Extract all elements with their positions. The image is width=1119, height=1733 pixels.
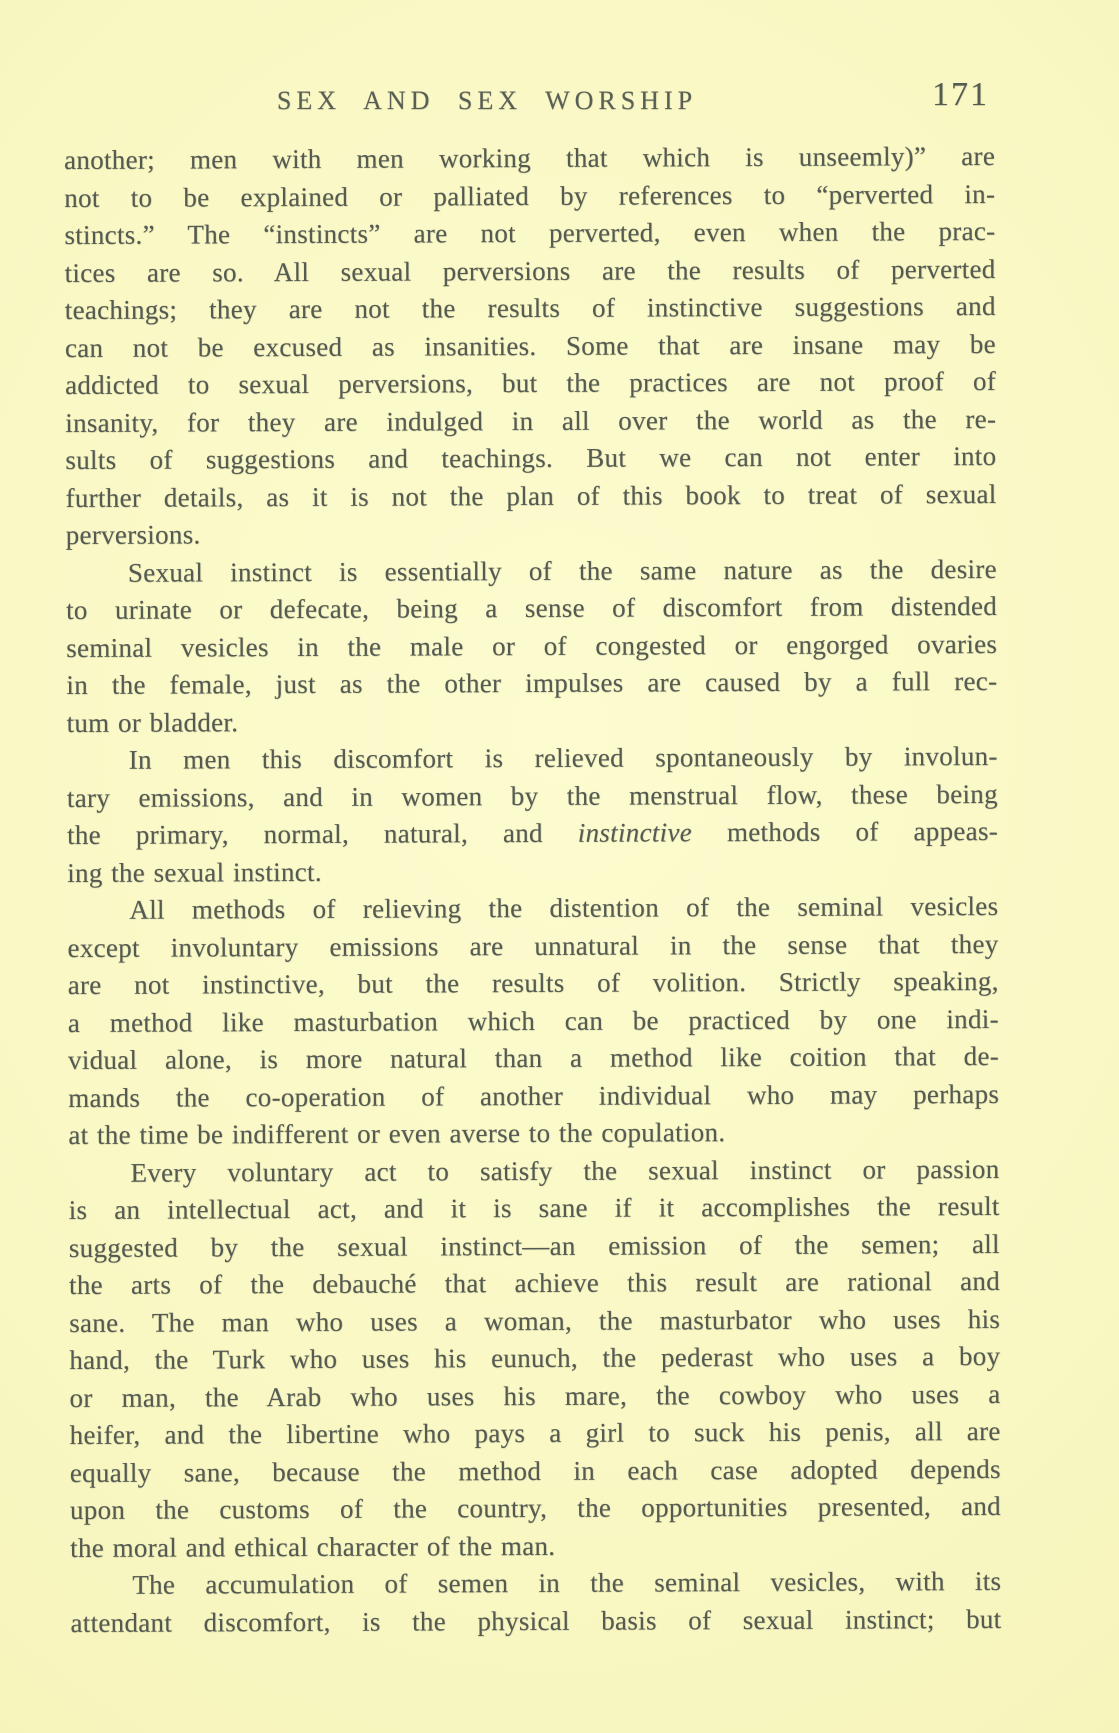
text-column: another; men with men working that which… bbox=[64, 138, 1002, 1642]
text-line: sane. The man who uses a woman, the mast… bbox=[69, 1300, 1000, 1342]
running-header: SEX AND SEX WORSHIP 171 bbox=[64, 82, 995, 126]
text-line: Sexual instinct is essentially of the sa… bbox=[66, 550, 997, 592]
paragraph: another; men with men working that which… bbox=[64, 138, 997, 555]
text-line: All methods of relieving the distention … bbox=[67, 888, 998, 930]
text-line: not to be explained or palliated by refe… bbox=[64, 175, 995, 217]
text-line: heifer, and the libertine who pays a gir… bbox=[70, 1413, 1001, 1455]
text-line: the primary, normal, natural, and instin… bbox=[67, 813, 998, 855]
text-line: tices are so. All sexual perversions are… bbox=[64, 250, 995, 292]
text-line: stincts.” The “instincts” are not perver… bbox=[64, 213, 995, 255]
paragraph: Sexual instinct is essentially of the sa… bbox=[66, 550, 998, 742]
text-line: except involuntary emissions are unnatur… bbox=[67, 925, 998, 967]
text-line: addicted to sexual perversions, but the … bbox=[65, 363, 996, 405]
text-line: sults of suggestions and teachings. But … bbox=[65, 438, 996, 480]
text-line: mands the co-operation of another indivi… bbox=[68, 1075, 999, 1117]
text-line: another; men with men working that which… bbox=[64, 138, 995, 180]
text-line: In men this discomfort is relieved spont… bbox=[67, 738, 998, 780]
text-line: the arts of the debauché that achieve th… bbox=[69, 1263, 1000, 1305]
italic-word: instinctive bbox=[578, 817, 692, 847]
scanned-book-page: { "colors": { "paper": "#f8f6bf", "ink":… bbox=[0, 0, 1119, 1733]
text-line: at the time be indifferent or even avers… bbox=[68, 1113, 999, 1155]
text-line: ing the sexual instinct. bbox=[67, 850, 998, 892]
running-header-title: SEX AND SEX WORSHIP bbox=[64, 86, 910, 116]
text-line: can not be excused as insanities. Some t… bbox=[65, 325, 996, 367]
text-line: The accumulation of semen in the seminal… bbox=[70, 1563, 1001, 1605]
text-line: seminal vesicles in the male or of conge… bbox=[66, 625, 997, 667]
paragraph: In men this discomfort is relieved spont… bbox=[67, 738, 999, 892]
paragraph: Every voluntary act to satisfy the sexua… bbox=[68, 1150, 1001, 1567]
paragraph: The accumulation of semen in the seminal… bbox=[70, 1563, 1001, 1642]
paragraph: All methods of relieving the distention … bbox=[67, 888, 999, 1155]
text-line: a method like masturbation which can be … bbox=[68, 1000, 999, 1042]
text-line: vidual alone, is more natural than a met… bbox=[68, 1038, 999, 1080]
text-line: the moral and ethical character of the m… bbox=[70, 1525, 1001, 1567]
text-line: tary emissions, and in women by the mens… bbox=[67, 775, 998, 817]
text-segment: methods of appeas- bbox=[692, 816, 998, 847]
text-line: to urinate or defecate, being a sense of… bbox=[66, 588, 997, 630]
text-line: Every voluntary act to satisfy the sexua… bbox=[68, 1150, 999, 1192]
text-line: is an intellectual act, and it is sane i… bbox=[69, 1188, 1000, 1230]
text-line: suggested by the sexual instinct—an emis… bbox=[69, 1225, 1000, 1267]
text-line: equally sane, because the method in each… bbox=[70, 1450, 1001, 1492]
page-number: 171 bbox=[932, 76, 989, 114]
text-line: attendant discomfort, is the physical ba… bbox=[70, 1600, 1001, 1642]
text-line: upon the customs of the country, the opp… bbox=[70, 1488, 1001, 1530]
text-line: or man, the Arab who uses his mare, the … bbox=[69, 1375, 1000, 1417]
text-line: insanity, for they are indulged in all o… bbox=[65, 400, 996, 442]
text-line: in the female, just as the other impulse… bbox=[66, 663, 997, 705]
text-line: are not instinctive, but the results of … bbox=[68, 963, 999, 1005]
text-line: perversions. bbox=[66, 513, 997, 555]
text-line: hand, the Turk who uses his eunuch, the … bbox=[69, 1338, 1000, 1380]
text-line: further details, as it is not the plan o… bbox=[65, 475, 996, 517]
text-line: tum or bladder. bbox=[66, 700, 997, 742]
text-line: teachings; they are not the results of i… bbox=[65, 288, 996, 330]
text-segment: the primary, normal, natural, and bbox=[67, 818, 578, 850]
